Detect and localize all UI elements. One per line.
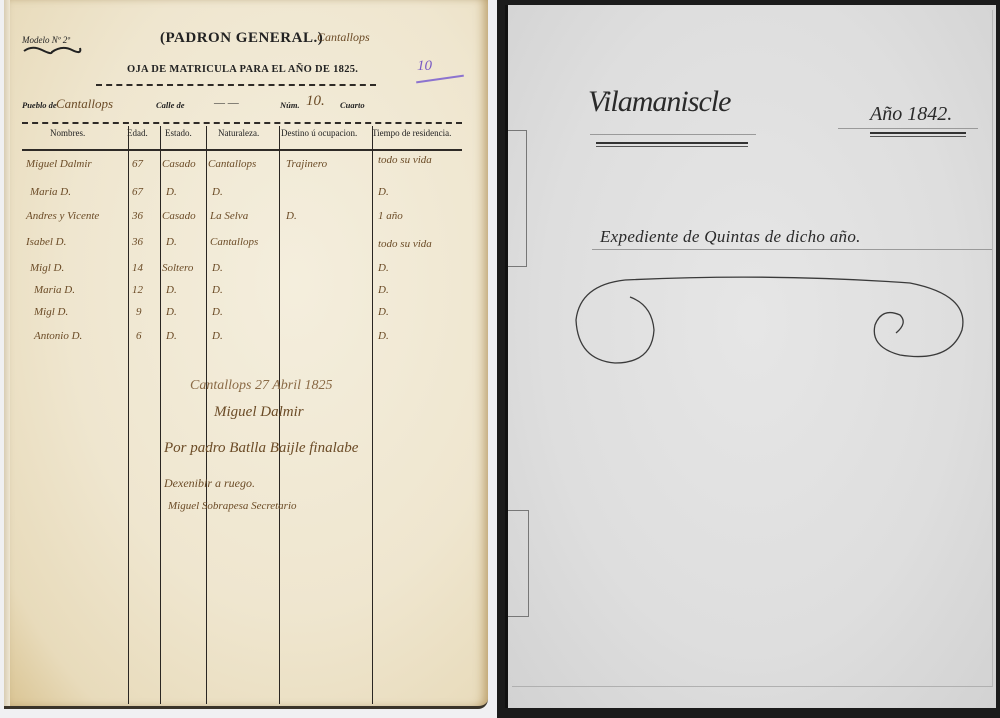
document-subtitle: OJA DE MATRICULA PARA EL AÑO DE 1825. <box>127 64 358 75</box>
title-guide-rule <box>590 134 756 135</box>
cell-nombre: Antonio D. <box>34 330 82 342</box>
page-spine <box>4 0 10 706</box>
cell-nombre: Miguel Dalmir <box>26 158 92 170</box>
cell-naturaleza: La Selva <box>210 210 248 222</box>
header-top-rule <box>22 122 462 124</box>
signature-line-2: Dexenibir a ruego. <box>164 476 255 491</box>
num-label: Núm. <box>280 100 300 110</box>
cell-naturaleza: D. <box>212 186 223 198</box>
cell-naturaleza: Cantallops <box>208 158 256 170</box>
cell-residencia: todo su vida <box>378 154 432 166</box>
column-rule <box>160 126 161 704</box>
document-title: (PADRON GENERAL.) <box>160 30 323 47</box>
flourish-icon <box>22 45 82 55</box>
cell-naturaleza: D. <box>212 284 223 296</box>
cell-residencia: D. <box>378 262 389 274</box>
cell-naturaleza: Cantallops <box>210 236 258 248</box>
title-underline <box>596 142 748 147</box>
cell-estado: D. <box>166 186 177 198</box>
cell-estado: D. <box>166 284 177 296</box>
cell-estado: D. <box>166 236 177 248</box>
column-rule <box>206 126 207 704</box>
padron-1825-scan: Modelo Nº 2º (PADRON GENERAL.) Cantallop… <box>0 0 497 718</box>
cell-edad: 36 <box>132 210 143 222</box>
signer-name: Miguel Dalmir <box>214 404 304 421</box>
cell-estado: D. <box>166 306 177 318</box>
cell-naturaleza: D. <box>212 306 223 318</box>
column-rule <box>128 126 129 704</box>
cell-estado: D. <box>166 330 177 342</box>
subject-line: Expediente de Quintas de dicho año. <box>600 227 861 247</box>
sheet-number: 10 <box>417 58 432 75</box>
sheet-number-underline <box>416 75 464 84</box>
cell-residencia: 1 año <box>378 210 403 222</box>
cell-edad: 6 <box>136 330 142 342</box>
cell-residencia: D. <box>378 306 389 318</box>
subtitle-rule <box>96 84 376 86</box>
cell-residencia: todo su vida <box>378 238 432 250</box>
title-annotation: Cantallops <box>317 30 370 45</box>
place-date: Cantallops 27 Abril 1825 <box>190 378 332 394</box>
pueblo-value: Cantallops <box>56 96 113 112</box>
col-header-nombres: Nombres. <box>50 128 85 138</box>
cell-naturaleza: D. <box>212 330 223 342</box>
col-header-residencia: Tiempo de residencia. <box>372 128 451 138</box>
cell-estado: Casado <box>162 210 196 222</box>
cell-naturaleza: D. <box>212 262 223 274</box>
pueblo-label: Pueblo de <box>22 100 57 110</box>
column-rule <box>372 126 373 704</box>
cell-edad: 67 <box>132 158 143 170</box>
cell-nombre: Andres y Vicente <box>26 210 99 222</box>
cuarto-label: Cuarto <box>340 100 365 110</box>
expediente-cover: Vilamaniscle Año 1842. Expediente de Qui… <box>505 5 996 708</box>
cell-nombre: Maria D. <box>30 186 71 198</box>
cell-residencia: D. <box>378 186 389 198</box>
signature-line-3: Miguel Sobrapesa Secretario <box>168 500 297 512</box>
cell-nombre: Migl D. <box>34 306 68 318</box>
col-header-naturaleza: Naturaleza. <box>218 128 259 138</box>
cell-nombre: Isabel D. <box>26 236 66 248</box>
form-model-label: Modelo Nº 2º <box>22 35 70 45</box>
col-header-destino: Destino ú ocupacion. <box>281 128 357 138</box>
cell-edad: 9 <box>136 306 142 318</box>
header-bottom-rule <box>22 149 462 151</box>
scroll-flourish-icon <box>570 275 970 375</box>
year-underline <box>870 132 966 137</box>
padron-page: Modelo Nº 2º (PADRON GENERAL.) Cantallop… <box>4 0 488 709</box>
cell-destino: Trajinero <box>286 158 327 170</box>
calle-value: — — <box>214 97 239 109</box>
cell-edad: 67 <box>132 186 143 198</box>
place-title: Vilamaniscle <box>588 85 730 119</box>
cell-edad: 36 <box>132 236 143 248</box>
cell-estado: Soltero <box>162 262 193 274</box>
calle-label: Calle de <box>156 100 185 110</box>
cell-destino: D. <box>286 210 297 222</box>
binding-tab <box>508 510 529 617</box>
expediente-1842-scan: Vilamaniscle Año 1842. Expediente de Qui… <box>497 0 1000 718</box>
binding-tab <box>508 130 527 267</box>
cell-nombre: Migl D. <box>30 262 64 274</box>
cell-residencia: D. <box>378 330 389 342</box>
cell-nombre: Maria D. <box>34 284 75 296</box>
year-guide-rule <box>838 128 978 129</box>
cell-residencia: D. <box>378 284 389 296</box>
signature-line-1: Por padro Batlla Baijle finalabe <box>164 440 358 457</box>
col-header-estado: Estado. <box>165 128 192 138</box>
num-value: 10. <box>306 93 325 110</box>
cell-edad: 12 <box>132 284 143 296</box>
cell-edad: 14 <box>132 262 143 274</box>
col-header-edad: Edad. <box>127 128 148 138</box>
subject-guide-rule <box>592 249 992 250</box>
cell-estado: Casado <box>162 158 196 170</box>
year-title: Año 1842. <box>870 103 952 126</box>
